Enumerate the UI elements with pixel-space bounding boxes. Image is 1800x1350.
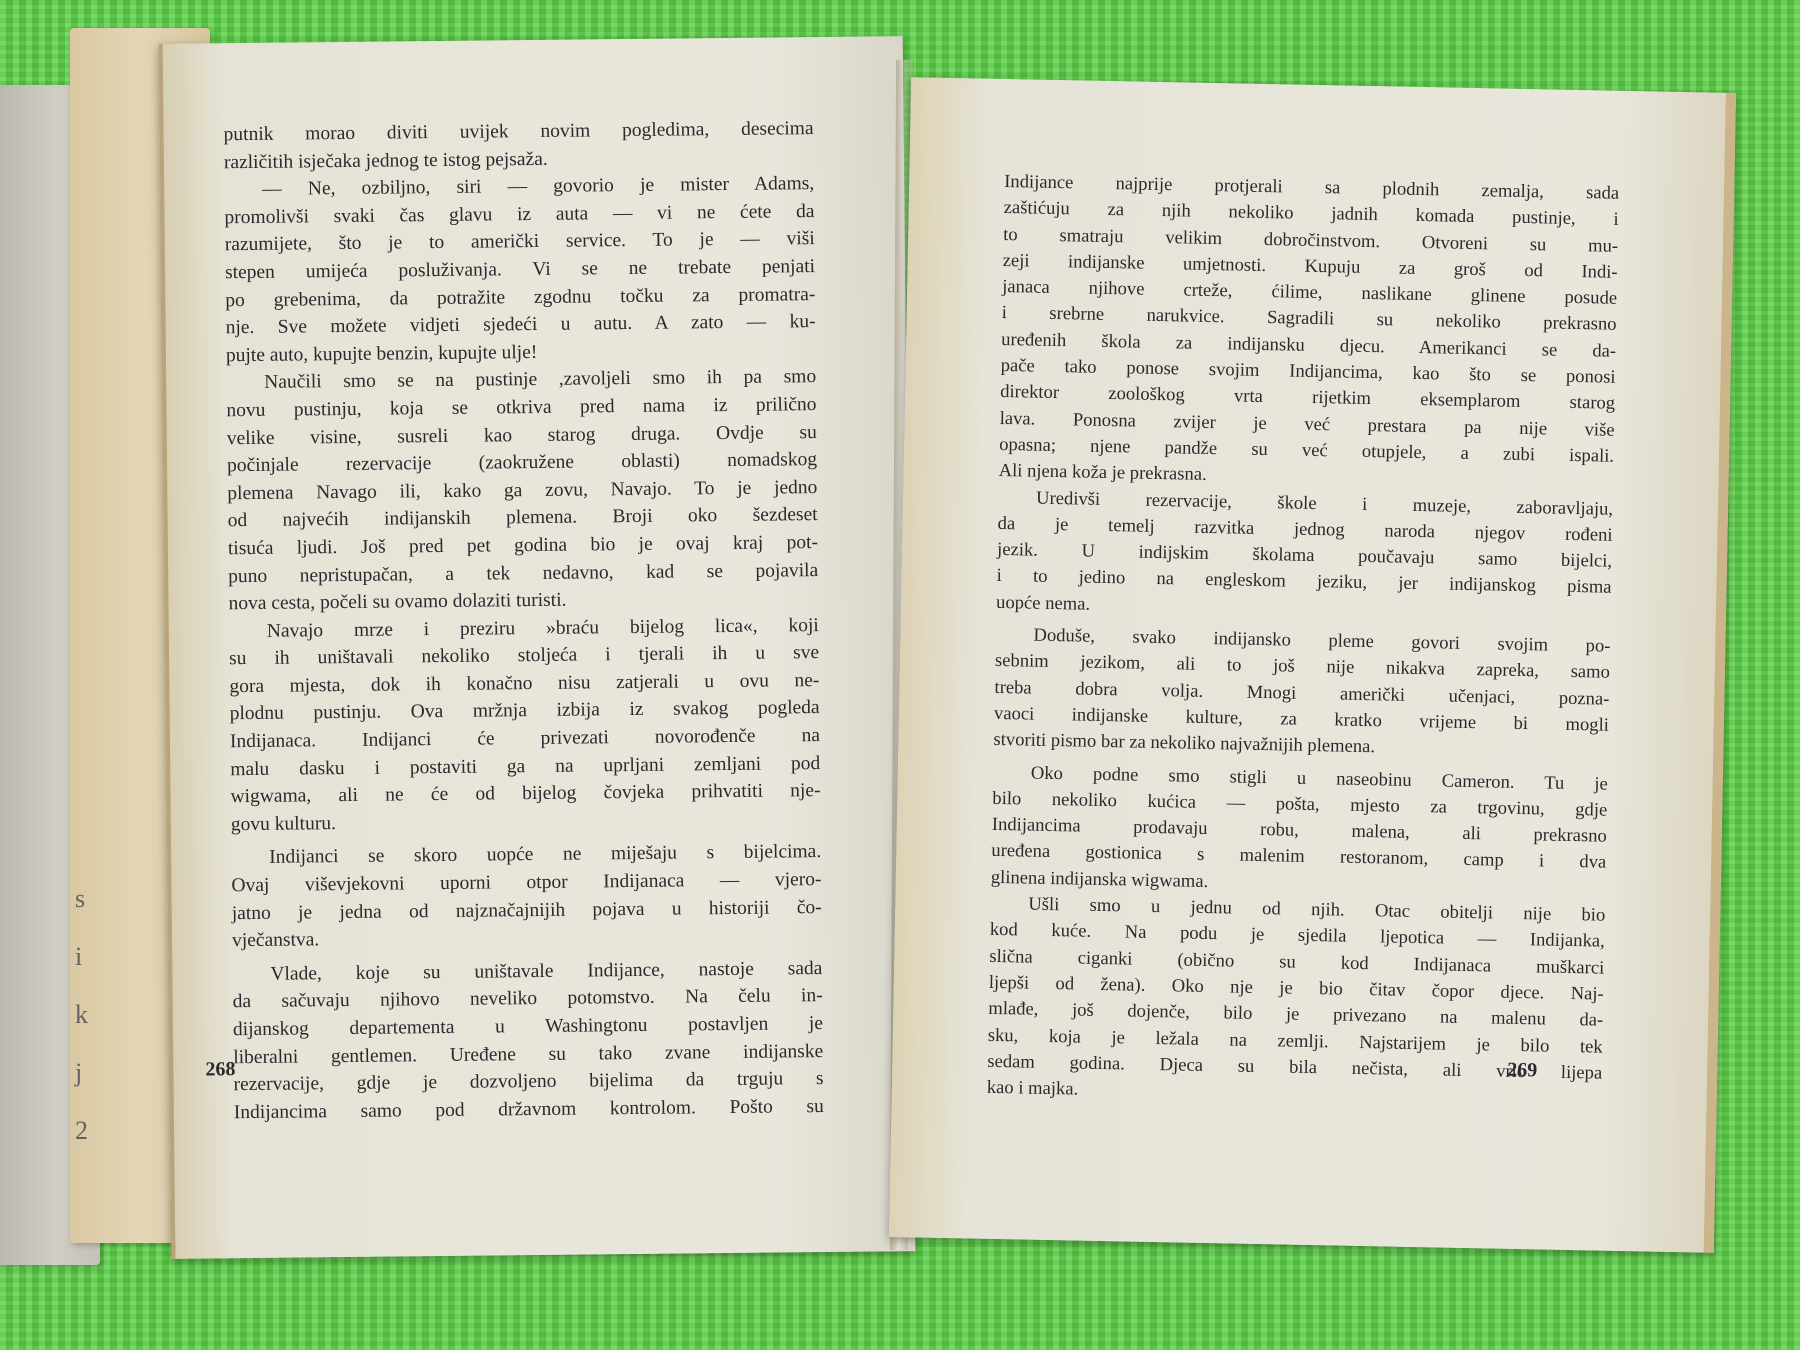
text-line: Indijancima samo pod državnom kontrolom.… — [234, 1093, 824, 1127]
right-page[interactable]: Indijance najprije protjerali sa plodnih… — [889, 77, 1736, 1253]
left-page-text: putnik morao diviti uvijek novim pogledi… — [223, 115, 823, 1126]
left-page-number: 268 — [205, 1058, 235, 1081]
right-page-text: Indijance najprije protjerali sa plodnih… — [987, 169, 1620, 1113]
open-book: putnik morao diviti uvijek novim pogledi… — [0, 0, 1800, 1350]
left-page[interactable]: putnik morao diviti uvijek novim pogledi… — [159, 36, 916, 1259]
right-page-number: 269 — [1507, 1059, 1537, 1083]
